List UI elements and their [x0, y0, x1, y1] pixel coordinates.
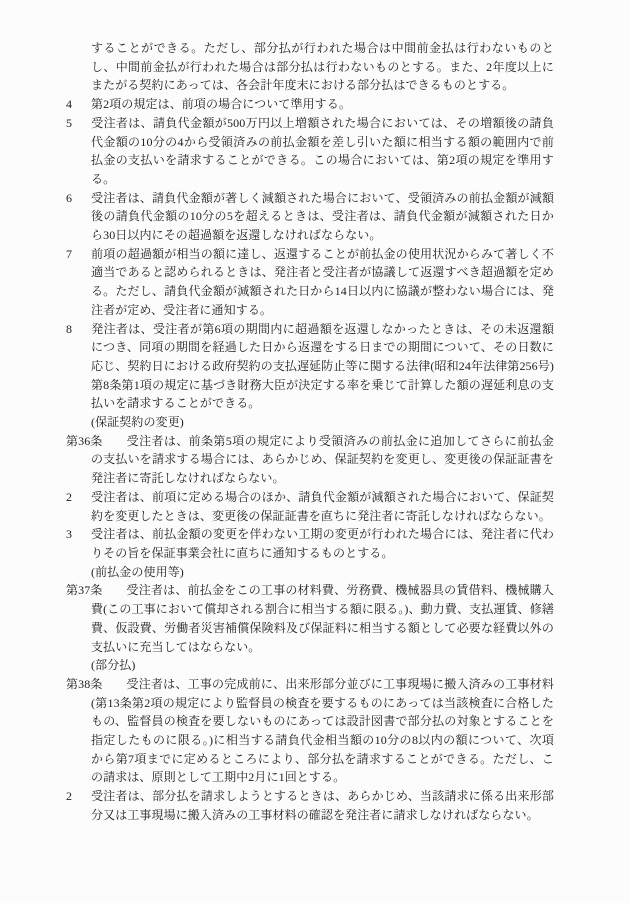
paragraph-text: 受注者は、部分払を請求しようとするときは、あらかじめ、当該請求に係る出来形部分又…: [91, 789, 554, 822]
paragraph-text: 発注者は、受注者が第6項の期間内に超過額を返還しなかったときは、その未返還額につ…: [91, 322, 554, 411]
section-heading: (部分払): [66, 656, 554, 675]
article-paragraph: 第37条受注者は、前払金をこの工事の材料費、労務費、機械器具の賃借料、機械購入費…: [66, 581, 554, 656]
section-heading: (前払金の使用等): [66, 563, 554, 582]
clause-item: 5受注者は、請負代金額が500万円以上増額された場合においては、その増額後の請負…: [66, 114, 554, 189]
item-number: 2: [66, 488, 91, 507]
item-number: 6: [66, 189, 91, 208]
paragraph-text: 受注者は、前項に定める場合のほか、請負代金額が減額された場合において、保証契約を…: [91, 490, 554, 523]
heading-text: (保証契約の変更): [91, 415, 184, 429]
item-number: 8: [66, 320, 91, 339]
article-number: 第37条: [66, 581, 102, 600]
paragraph-text: 受注者は、前条第5項の規定により受領済みの前払金に追加してさらに前払金の支払いを…: [91, 434, 554, 485]
paragraph-text: 第2項の規定は、前項の場合について準用する。: [91, 97, 351, 111]
document-text-column: することができる。ただし、部分払が行われた場合は中間前金払は行わないものとし、中…: [66, 39, 554, 825]
paragraph-text: 受注者は、前払金額の変更を伴わない工期の変更が行われた場合には、発注者に代わりそ…: [91, 527, 554, 560]
clause-item: 8発注者は、受注者が第6項の期間内に超過額を返還しなかったときは、その未返還額に…: [66, 320, 554, 414]
paragraph-continuation: することができる。ただし、部分払が行われた場合は中間前金払は行わないものとし、中…: [66, 39, 554, 95]
clause-item: 2受注者は、部分払を請求しようとするときは、あらかじめ、当該請求に係る出来形部分…: [66, 787, 554, 824]
item-number: 2: [66, 787, 91, 806]
article-number: 第36条: [66, 432, 102, 451]
clause-item: 3受注者は、前払金額の変更を伴わない工期の変更が行われた場合には、発注者に代わり…: [66, 525, 554, 562]
heading-text: (前払金の使用等): [91, 565, 184, 579]
paragraph-text: 受注者は、前払金をこの工事の材料費、労務費、機械器具の賃借料、機械購入費(この工…: [91, 583, 554, 653]
article-paragraph: 第38条受注者は、工事の完成前に、出来形部分並びに工事現場に搬入済みの工事材料(…: [66, 675, 554, 787]
clause-item: 2受注者は、前項に定める場合のほか、請負代金額が減額された場合において、保証契約…: [66, 488, 554, 525]
clause-item: 6受注者は、請負代金額が著しく減額された場合において、受領済みの前払金額が減額後…: [66, 189, 554, 245]
item-number: 4: [66, 95, 91, 114]
paragraph-text: 受注者は、請負代金額が著しく減額された場合において、受領済みの前払金額が減額後の…: [91, 191, 554, 242]
item-number: 3: [66, 525, 91, 544]
clause-item: 4第2項の規定は、前項の場合について準用する。: [66, 95, 554, 114]
article-paragraph: 第36条受注者は、前条第5項の規定により受領済みの前払金に追加してさらに前払金の…: [66, 432, 554, 488]
heading-text: (部分払): [91, 658, 136, 672]
paragraph-text: 受注者は、工事の完成前に、出来形部分並びに工事現場に搬入済みの工事材料(第13条…: [91, 677, 554, 785]
item-number: 5: [66, 114, 91, 133]
document-page: することができる。ただし、部分払が行われた場合は中間前金払は行わないものとし、中…: [0, 0, 630, 903]
article-number: 第38条: [66, 675, 102, 694]
item-number: 7: [66, 245, 91, 264]
paragraph-text: 受注者は、請負代金額が500万円以上増額された場合においては、その増額後の請負代…: [91, 116, 554, 186]
paragraph-text: 前項の超過額が相当の額に達し、返還することが前払金の使用状況からみて著しく不適当…: [91, 247, 554, 317]
section-heading: (保証契約の変更): [66, 413, 554, 432]
paragraph-text: することができる。ただし、部分払が行われた場合は中間前金払は行わないものとし、中…: [91, 41, 554, 92]
clause-item: 7前項の超過額が相当の額に達し、返還することが前払金の使用状況からみて著しく不適…: [66, 245, 554, 320]
